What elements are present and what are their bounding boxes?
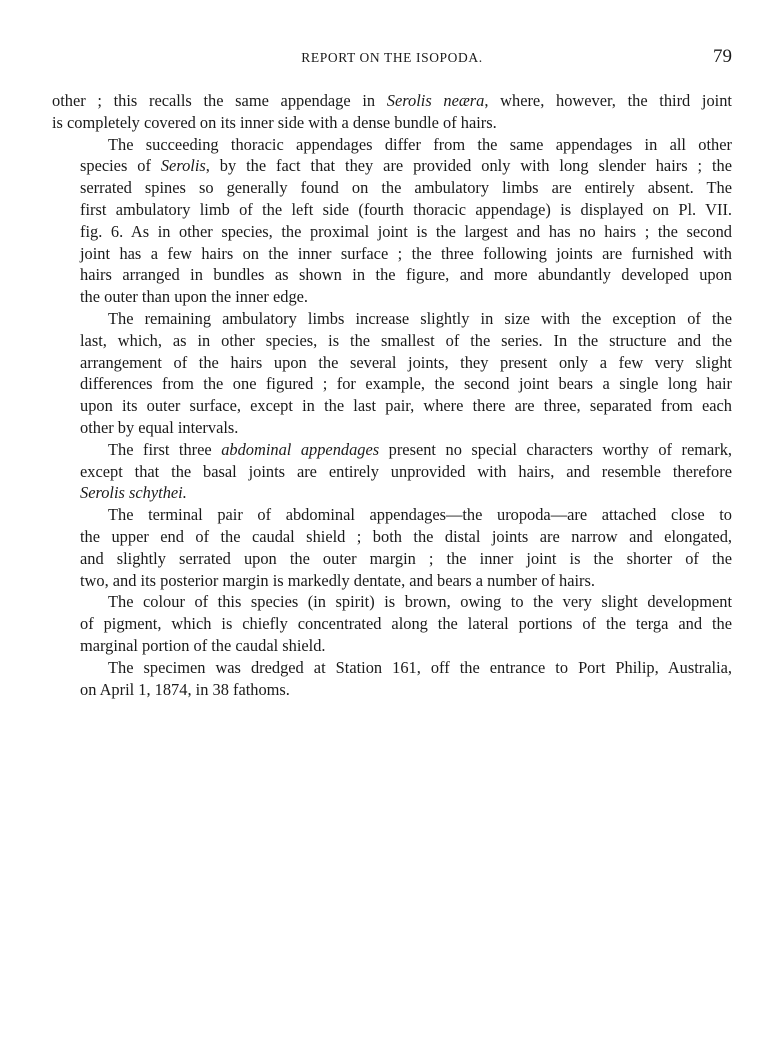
page-number: 79: [713, 46, 732, 68]
text-line: Serolis schythei.: [52, 482, 732, 504]
paragraph: The terminal pair of abdominal appendage…: [52, 504, 732, 591]
text-line: except that the basal joints are entirel…: [52, 461, 732, 483]
text-line: the outer than upon the inner edge.: [52, 286, 732, 308]
text-line: other by equal intervals.: [52, 417, 732, 439]
text-line: The terminal pair of abdominal appendage…: [52, 504, 732, 526]
paragraph: The colour of this species (in spirit) i…: [52, 591, 732, 656]
text-line: joint has a few hairs on the inner surfa…: [52, 243, 732, 265]
text-line: first ambulatory limb of the left side (…: [52, 199, 732, 221]
text-line: upon its outer surface, except in the la…: [52, 395, 732, 417]
text-line: species of Serolis, by the fact that the…: [52, 155, 732, 177]
italic-term: Serolis: [161, 156, 206, 175]
text-line: differences from the one figured ; for e…: [52, 373, 732, 395]
paragraph: other ; this recalls the same appendage …: [52, 90, 732, 134]
running-title: REPORT ON THE ISOPODA.: [52, 50, 732, 66]
text-line: The first three abdominal appendages pre…: [52, 439, 732, 461]
document-page: REPORT ON THE ISOPODA. 79 other ; this r…: [0, 0, 776, 1050]
text-line: The specimen was dredged at Station 161,…: [52, 657, 732, 679]
text-line: The succeeding thoracic appendages diffe…: [52, 134, 732, 156]
text-line: other ; this recalls the same appendage …: [52, 90, 732, 112]
text-line: is completely covered on its inner side …: [52, 112, 732, 134]
italic-term: abdominal appendages: [221, 440, 379, 459]
text-line: The colour of this species (in spirit) i…: [52, 591, 732, 613]
text-line: serrated spines so generally found on th…: [52, 177, 732, 199]
paragraph: The remaining ambulatory limbs increase …: [52, 308, 732, 439]
running-header: REPORT ON THE ISOPODA. 79: [52, 46, 732, 70]
text-line: arrangement of the hairs upon the severa…: [52, 352, 732, 374]
text-line: marginal portion of the caudal shield.: [52, 635, 732, 657]
text-line: last, which, as in other species, is the…: [52, 330, 732, 352]
text-line: and slightly serrated upon the outer mar…: [52, 548, 732, 570]
text-line: of pigment, which is chiefly concentrate…: [52, 613, 732, 635]
text-line: two, and its posterior margin is markedl…: [52, 570, 732, 592]
paragraph: The specimen was dredged at Station 161,…: [52, 657, 732, 701]
text-line: fig. 6. As in other species, the proxima…: [52, 221, 732, 243]
paragraph: The succeeding thoracic appendages diffe…: [52, 134, 732, 308]
paragraph: The first three abdominal appendages pre…: [52, 439, 732, 504]
text-line: on April 1, 1874, in 38 fathoms.: [52, 679, 732, 701]
text-line: hairs arranged in bundles as shown in th…: [52, 264, 732, 286]
text-line: the upper end of the caudal shield ; bot…: [52, 526, 732, 548]
italic-term: Serolis neæra: [387, 91, 485, 110]
body-text: other ; this recalls the same appendage …: [52, 90, 732, 700]
italic-term: Serolis schythei.: [80, 483, 187, 502]
text-line: The remaining ambulatory limbs increase …: [52, 308, 732, 330]
